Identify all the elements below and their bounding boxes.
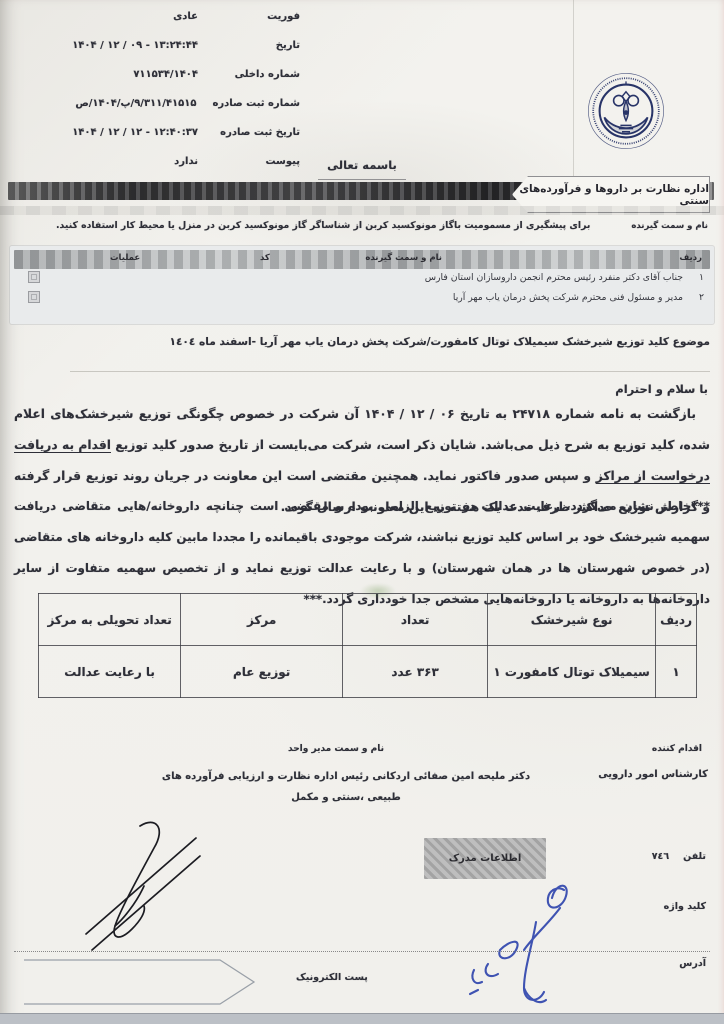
meta-row-outgoing-number: شماره ثبت صادره ص/۱۴۰۴/پ/۹/۳۱۱/۴۱۵۱۵	[40, 89, 300, 118]
subject-divider	[70, 371, 710, 372]
phone-value: ٧٤٦	[652, 851, 669, 862]
safety-notice-text: برای پیشگیری از مسمومیت باگاز مونوکسید ک…	[56, 220, 590, 231]
recipients-col-row: ردیف	[679, 253, 702, 263]
actor-label: اقدام کننده	[652, 744, 702, 754]
header-divider-line	[573, 0, 574, 180]
meta-row-priority: فوریت عادی	[40, 2, 300, 31]
manager-name-title: دکتر ملیحه امین صفائی اردکانی رئیس اداره…	[150, 766, 542, 808]
scan-bottom-edge	[0, 1013, 724, 1024]
meta-row-date: تاریخ ۱۴۰۴ / ۱۲ / ۰۹ - ۱۳:۲۴:۴۴	[40, 31, 300, 60]
recipients-col-actions: عملیات	[110, 253, 140, 263]
priority-value: عادی	[173, 11, 198, 22]
recipient-section-label: نام و سمت گیرنده	[631, 221, 708, 231]
recipient-1-name: جناب آقای دکتر منفرد رئیس محترم انجمن دا…	[425, 272, 683, 283]
key-col-center: مرکز	[181, 594, 343, 646]
recipient-1-action-icon[interactable]	[28, 271, 40, 283]
recipients-header-row: ردیف نام و سمت گیرنده کد عملیات	[14, 250, 710, 269]
recipients-col-name: نام و سمت گیرنده	[365, 253, 442, 263]
key-center: توزیع عام	[181, 646, 343, 698]
scanned-letter-page: فوریت عادی تاریخ ۱۴۰۴ / ۱۲ / ۰۹ - ۱۳:۲۴:…	[0, 0, 724, 1024]
key-col-row: ردیف	[656, 594, 697, 646]
paragraph-1-start: بازگشت به نامه شماره ۲۴۷۱۸ به تاریخ ۰۶ /…	[14, 407, 710, 452]
handwritten-signature-blue	[448, 866, 588, 1011]
meta-row-outgoing-date: تاریخ ثبت صادره ۱۴۰۴ / ۱۲ / ۱۲ - ۱۲:۴۰:۳…	[40, 118, 300, 147]
recipient-2-action-icon[interactable]	[28, 291, 40, 303]
meta-row-attachment: پیوست ندارد	[40, 147, 300, 176]
outgoing-date-label: تاریخ ثبت صادره	[214, 127, 300, 138]
manager-label: نام و سمت مدیر واحد	[288, 744, 384, 754]
basmala-underline	[318, 179, 406, 180]
handwritten-signature-black	[78, 816, 218, 961]
recipients-panel: ردیف نام و سمت گیرنده کد عملیات ۱ جناب آ…	[10, 246, 714, 324]
address-banner-outline	[24, 958, 256, 1006]
letter-metadata: فوریت عادی تاریخ ۱۴۰۴ / ۱۲ / ۰۹ - ۱۳:۲۴:…	[40, 2, 300, 176]
basmala-text: باسمه تعالی	[312, 158, 412, 172]
key-quantity: ۳۶۳ عدد	[343, 646, 488, 698]
date-value: ۱۴۰۴ / ۱۲ / ۰۹ - ۱۳:۲۴:۴۴	[72, 40, 198, 51]
outgoing-number-label: شماره ثبت صادره	[212, 98, 300, 109]
date-label: تاریخ	[214, 40, 300, 51]
actor-title: کارشناس امور دارویی	[598, 769, 708, 780]
meta-row-internal-number: شماره داخلی ۷۱۱۵۳۴/۱۴۰۴	[40, 60, 300, 89]
phone-row: تلفن ٧٤٦	[652, 851, 706, 862]
outgoing-date-value: ۱۴۰۴ / ۱۲ / ۱۲ - ۱۲:۴۰:۳۷	[72, 127, 198, 138]
scan-gray-strip	[0, 206, 724, 215]
recipient-2-name: مدیر و مسئول فنی محترم شرکت پخش درمان یا…	[453, 292, 683, 303]
internal-number-value: ۷۱۱۵۳۴/۱۴۰۴	[133, 69, 198, 80]
key-col-formula-type: نوع شیرخشک	[488, 594, 656, 646]
priority-label: فوریت	[214, 11, 300, 22]
recipient-row-1: ۱ جناب آقای دکتر منفرد رئیس محترم انجمن …	[425, 272, 704, 283]
keyword-label: کلید واژه	[664, 901, 706, 912]
key-table-data-row: ۱ سیمیلاک توتال کامفورت ۱ ۳۶۳ عدد توزیع …	[39, 646, 697, 698]
internal-number-label: شماره داخلی	[214, 69, 300, 80]
outgoing-number-value: ص/۱۴۰۴/پ/۹/۳۱۱/۴۱۵۱۵	[75, 98, 196, 109]
attachment-value: ندارد	[174, 156, 198, 167]
salutation-text: با سلام و احترام	[615, 382, 708, 396]
recipient-2-number: ۲	[686, 292, 704, 303]
key-col-quantity: تعداد	[343, 594, 488, 646]
key-formula-type: سیمیلاک توتال کامفورت ۱	[488, 646, 656, 698]
key-table-header-row: ردیف نوع شیرخشک تعداد مرکز تعداد تحویلی …	[39, 594, 697, 646]
recipient-1-number: ۱	[686, 272, 704, 283]
key-col-delivered: تعداد تحویلی به مرکز	[39, 594, 181, 646]
document-info-stamp: اطلاعات مدرک	[424, 838, 546, 879]
address-label: آدرس	[679, 958, 706, 969]
key-delivered: با رعایت عدالت	[39, 646, 181, 698]
phone-label: تلفن	[683, 851, 706, 862]
key-row-number: ۱	[656, 646, 697, 698]
distribution-key-table: ردیف نوع شیرخشک تعداد مرکز تعداد تحویلی …	[38, 593, 697, 698]
footer-dotted-divider	[14, 951, 710, 952]
email-label: پست الکترونیک	[296, 972, 368, 983]
recipient-row-2: ۲ مدیر و مسئول فنی محترم شرکت پخش درمان …	[453, 292, 704, 303]
subject-line: موضوع کلید توزیع شیرخشک سیمیلاک توتال کا…	[169, 336, 710, 348]
university-emblem-icon	[586, 70, 666, 152]
recipients-col-code: کد	[260, 253, 270, 263]
attachment-label: پیوست	[214, 156, 300, 167]
